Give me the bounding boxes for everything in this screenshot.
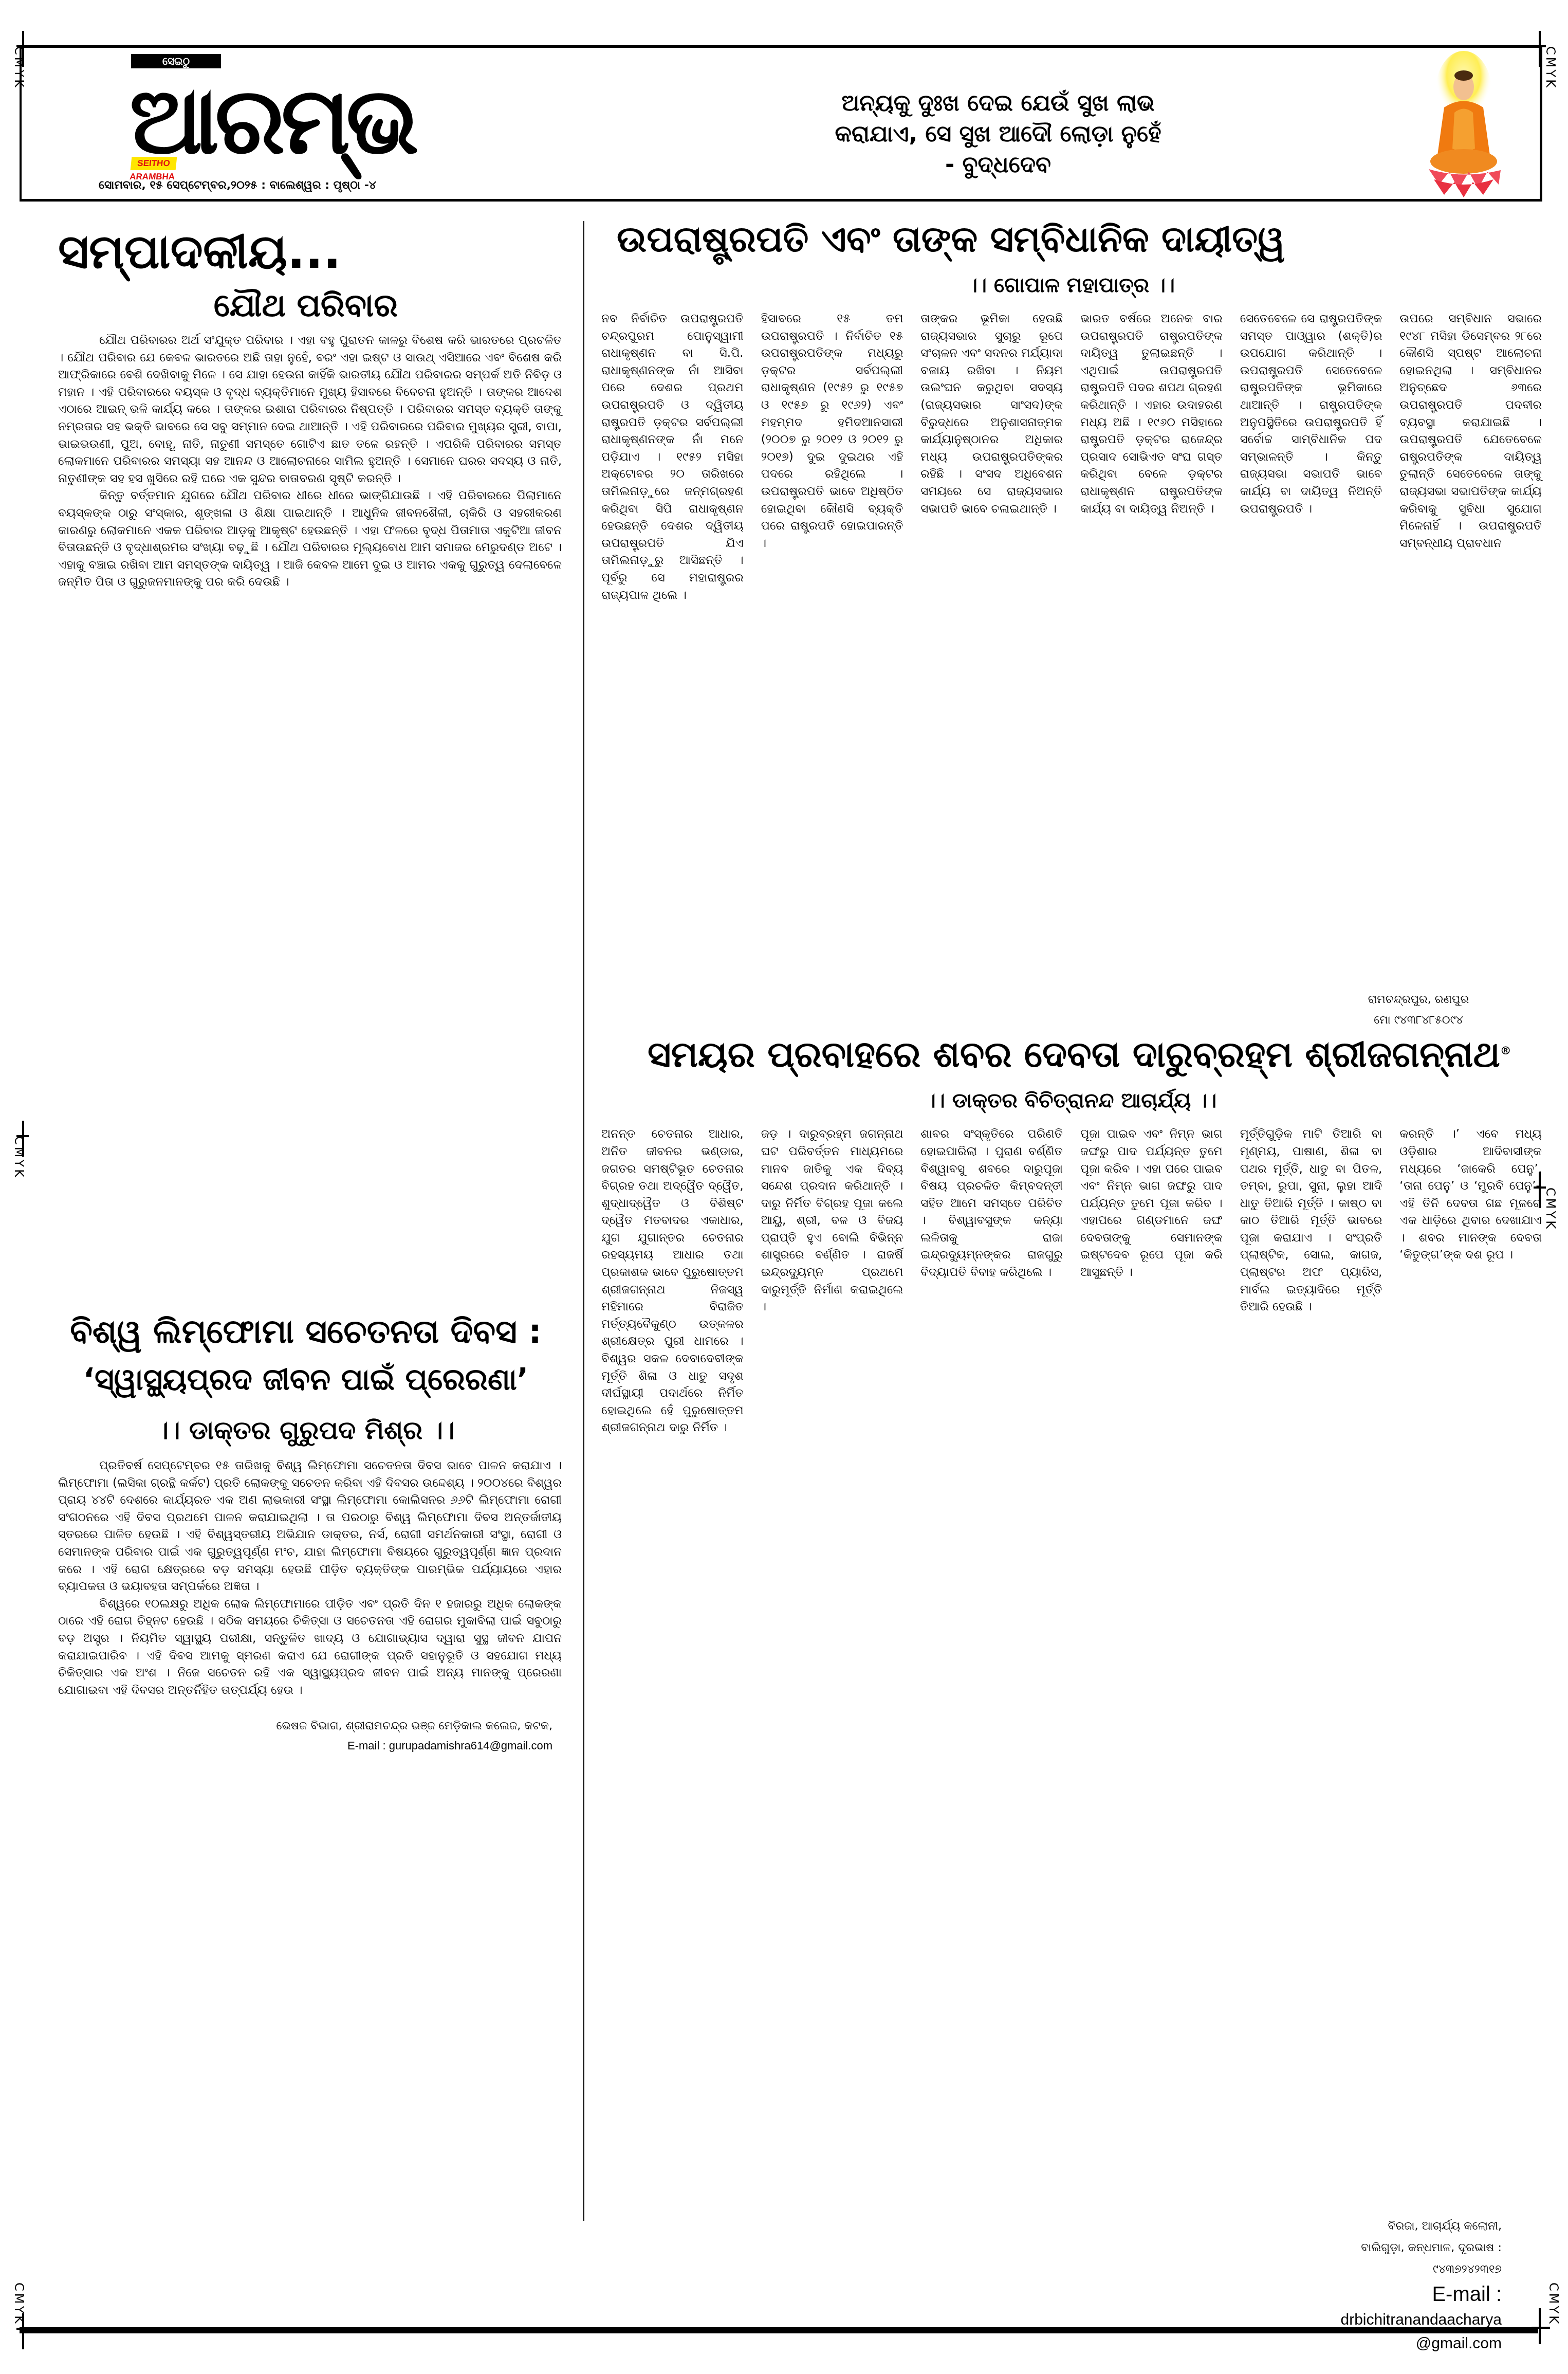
article-column: ପୂଜା ପାଇବ ଏବଂ ନିମ୍ନ ଭାଗ ଜଙ୍ଘରୁ ପାଦ ପର୍ଯ୍… bbox=[1080, 1126, 1223, 1437]
article-subheadline: ‘ସ୍ୱାସ୍ଥ୍ୟପ୍ରଦ ଜୀବନ ପାଇଁ ପ୍ରେରଣା’ bbox=[49, 1356, 563, 1403]
author-place: ରାମଚନ୍ଦ୍ରପୁର, ରଣପୁର bbox=[1341, 990, 1496, 1010]
author-place-2: ବାଲିଗୁଡ଼ା, କନ୍ଧମାଳ, ଦୂରଭାଷ : bbox=[1336, 2237, 1502, 2259]
article-column: ଶାବର ସଂସ୍କୃତିରେ ପରିଣତି ହୋଇପାରିଲା । ପୁରାଣ… bbox=[920, 1126, 1063, 1437]
editorial-heading: ସମ୍ପାଦକୀୟ... bbox=[58, 221, 563, 283]
article-column: ଜଡ଼ । ଦାରୁବ୍ରହ୍ମ ଜଗନ୍ନାଥ ଘଟ ପରିବର୍ତ୍ତନ ମ… bbox=[761, 1126, 903, 1437]
article-column: ତାଙ୍କର ଭୂମିକା ହେଉଛି ରାଜ୍ୟସଭାର ସୁଚାରୁ ରୂପ… bbox=[920, 311, 1063, 604]
editorial-body: ଯୌଥ ପରିବାରର ଅର୍ଥ ସଂଯୁକ୍ତ ପରିବାର । ଏହା ବହ… bbox=[58, 332, 562, 591]
quote-line-2: କରାଯାଏ, ସେ ସୁଖ ଆଦୌ ଲୋଡ଼ା ନୁହେଁ bbox=[731, 119, 1265, 150]
email-label: E-mail : bbox=[1336, 2280, 1502, 2308]
lymphoma-article: ବିଶ୍ୱ ଲିମ୍ଫୋମା ସଚେତନତା ଦିବସ : ‘ସ୍ୱାସ୍ଥ୍ୟ… bbox=[49, 1308, 563, 1756]
article-column: ଭାରତ ବର୍ଷରେ ଅନେକ ବାର ଉପରାଷ୍ଟ୍ରପତି ରାଷ୍ଟ୍… bbox=[1080, 311, 1223, 604]
author-signature: ଭେଷଜ ବିଭାଗ, ଶ୍ରୀରାମଚନ୍ଦ୍ର ଭଞ୍ଜ ମେଡ଼ିକାଲ … bbox=[49, 1716, 563, 1756]
dateline: ସୋମବାର, ୧୫ ସେପ୍ଟେମ୍ବର,୨୦୨୫ : ବାଲେଶ୍ୱର : … bbox=[99, 176, 299, 195]
author-affiliation: ଭେଷଜ ବିଭାଗ, ଶ୍ରୀରାମଚନ୍ଦ୍ର ଭଞ୍ଜ ମେଡ଼ିକାଲ … bbox=[49, 1716, 552, 1736]
article-column: ଅନନ୍ତ ଚେତନାର ଆଧାର, ଅନିତ ଜୀବନର ଭଣ୍ଡାର, ଜଗ… bbox=[601, 1126, 744, 1437]
masthead: ସେଇଠୁ ଆରମ୍ଭ SEITHO ARAMBHA ସୋମବାର, ୧୫ ସେ… bbox=[20, 45, 1542, 202]
article-headline: ବିଶ୍ୱ ଲିମ୍ଫୋମା ସଚେତନତା ଦିବସ : bbox=[49, 1308, 563, 1356]
article-byline: ।। ଡାକ୍ତର ଗୁରୁପଦ ମିଶ୍ର ।। bbox=[49, 1407, 563, 1453]
article-column: ନବ ନିର୍ବାଚିତ ଉପରାଷ୍ଟ୍ରପତି ଚନ୍ଦ୍ରପୁରମ ପୋନ… bbox=[601, 311, 744, 604]
article-columns: ନବ ନିର୍ବାଚିତ ଉପରାଷ୍ଟ୍ରପତି ଚନ୍ଦ୍ରପୁରମ ପୋନ… bbox=[601, 311, 1542, 604]
article-headline: ସମୟର ପ୍ରବାହରେ ଶବର ଦେବତା ଦାରୁବ୍ରହ୍ମ ଶ୍ରୀଜ… bbox=[648, 1023, 1542, 1083]
registration-mark-bottom-right: CMYK bbox=[1532, 2282, 1562, 2354]
article-columns: ଅନନ୍ତ ଚେତନାର ଆଧାର, ଅନିତ ଜୀବନର ଭଣ୍ଡାର, ଜଗ… bbox=[601, 1126, 1542, 1437]
author-signature: ବିରଜା, ଆଚାର୍ଯ୍ୟ କଲୋନୀ, ବାଲିଗୁଡ଼ା, କନ୍ଧମା… bbox=[1336, 2216, 1502, 2355]
editorial-paragraph: କିନ୍ତୁ ବର୍ତ୍ତମାନ ଯୁଗରେ ଯୌଥ ପରିବାର ଧୀରେ ଧ… bbox=[58, 487, 562, 591]
quote-of-the-day: ଅନ୍ୟକୁ ଦୁଃଖ ଦେଇ ଯେଉଁ ସୁଖ ଲାଭ କରାଯାଏ, ସେ … bbox=[731, 88, 1265, 180]
article-column: ମୂର୍ତ୍ତିଗୁଡ଼ିକ ମାଟି ତିଆରି ବା ମୃଣ୍ମୟ, ପାଷ… bbox=[1240, 1126, 1382, 1437]
article-body: ପ୍ରତିବର୍ଷ ସେପ୍ଟେମ୍ବର ୧୫ ତାରିଖକୁ ବିଶ୍ୱ ଲି… bbox=[58, 1457, 562, 1699]
article-byline: ।। ଡାକ୍ତର ବିଚିତ୍ରାନନ୍ଦ ଆଚାର୍ଯ୍ୟ ।। bbox=[601, 1083, 1542, 1119]
author-email-domain: @gmail.com bbox=[1336, 2332, 1502, 2355]
quote-line-1: ଅନ୍ୟକୁ ଦୁଃଖ ଦେଇ ଯେଉଁ ସୁଖ ଲାଭ bbox=[731, 88, 1265, 119]
buddha-icon bbox=[1418, 51, 1509, 200]
vice-president-article: ଉପରାଷ୍ଟ୍ରପତି ଏବଂ ତାଙ୍କ ସମ୍ବିଧାନିକ ଦାୟୀତ୍… bbox=[601, 211, 1542, 604]
registration-mark-mid-left: CMYK bbox=[10, 1121, 31, 1182]
logo-english-name: SEITHO ARAMBHA bbox=[131, 157, 177, 170]
registration-mark-bottom-left: CMYK bbox=[10, 2282, 31, 2344]
article-column: ହିସାବରେ ୧୫ ତମ ଉପରାଷ୍ଟ୍ରପତି । ନିର୍ବାଚିତ ୧… bbox=[761, 311, 903, 604]
page-bottom-rule bbox=[20, 2327, 1538, 2333]
author-email: E-mail : gurupadamishra614@gmail.com bbox=[49, 1736, 552, 1756]
article-column: ସେତେବେଳେ ସେ ରାଷ୍ଟ୍ରପତିଙ୍କ ସମସ୍ତ ପାଓ୍ୱାର … bbox=[1240, 311, 1382, 604]
editorial-section: ସମ୍ପାଦକୀୟ... ଯୌଥ ପରିବାର ଯୌଥ ପରିବାରର ଅର୍ଥ… bbox=[49, 221, 563, 591]
article-paragraph: ବିଶ୍ୱରେ ୧୦ଲକ୍ଷରୁ ଅଧିକ ଲୋକ ଲିମ୍ଫୋମାରେ ପୀଡ… bbox=[58, 1596, 562, 1700]
logo-tagline: ସେଇଠୁ bbox=[131, 54, 221, 68]
quote-author: - ବୁଦ୍ଧଦେବ bbox=[731, 150, 1265, 180]
article-column: ଉପରେ ସମ୍ବିଧାନ ସଭାରେ ୧୯୪୮ ମସିହା ଡିସେମ୍ବର … bbox=[1399, 311, 1542, 604]
author-phone: ୯୪୩୭୨୪୨୩୧୭ bbox=[1336, 2259, 1502, 2280]
author-place: ବିରଜା, ଆଚାର୍ଯ୍ୟ କଲୋନୀ, bbox=[1336, 2216, 1502, 2237]
article-byline: ।। ଗୋପାଳ ମହାପାତ୍ର ।। bbox=[601, 267, 1542, 303]
registered-mark: ® bbox=[1500, 1045, 1511, 1057]
column-separator bbox=[583, 221, 584, 2221]
article-headline: ଉପରାଷ୍ଟ୍ରପତି ଏବଂ ତାଙ୍କ ସମ୍ବିଧାନିକ ଦାୟୀତ୍… bbox=[617, 211, 1542, 267]
headline-text: ସମୟର ପ୍ରବାହରେ ଶବର ଦେବତା ଦାରୁବ୍ରହ୍ମ ଶ୍ରୀଜ… bbox=[648, 1033, 1500, 1075]
article-paragraph: ପ୍ରତିବର୍ଷ ସେପ୍ଟେମ୍ବର ୧୫ ତାରିଖକୁ ବିଶ୍ୱ ଲି… bbox=[58, 1457, 562, 1596]
editorial-title: ଯୌଥ ପରିବାର bbox=[49, 285, 563, 326]
article-column: କରନ୍ତି ।’ ଏବେ ମଧ୍ୟ ଓଡ଼ିଶାର ଆଦିବାସୀଙ୍କ ମଧ… bbox=[1399, 1126, 1542, 1437]
editorial-paragraph: ଯୌଥ ପରିବାରର ଅର୍ଥ ସଂଯୁକ୍ତ ପରିବାର । ଏହା ବହ… bbox=[58, 332, 562, 487]
jagannath-article: ସମୟର ପ୍ରବାହରେ ଶବର ଦେବତା ଦାରୁବ୍ରହ୍ମ ଶ୍ରୀଜ… bbox=[601, 1023, 1542, 1437]
